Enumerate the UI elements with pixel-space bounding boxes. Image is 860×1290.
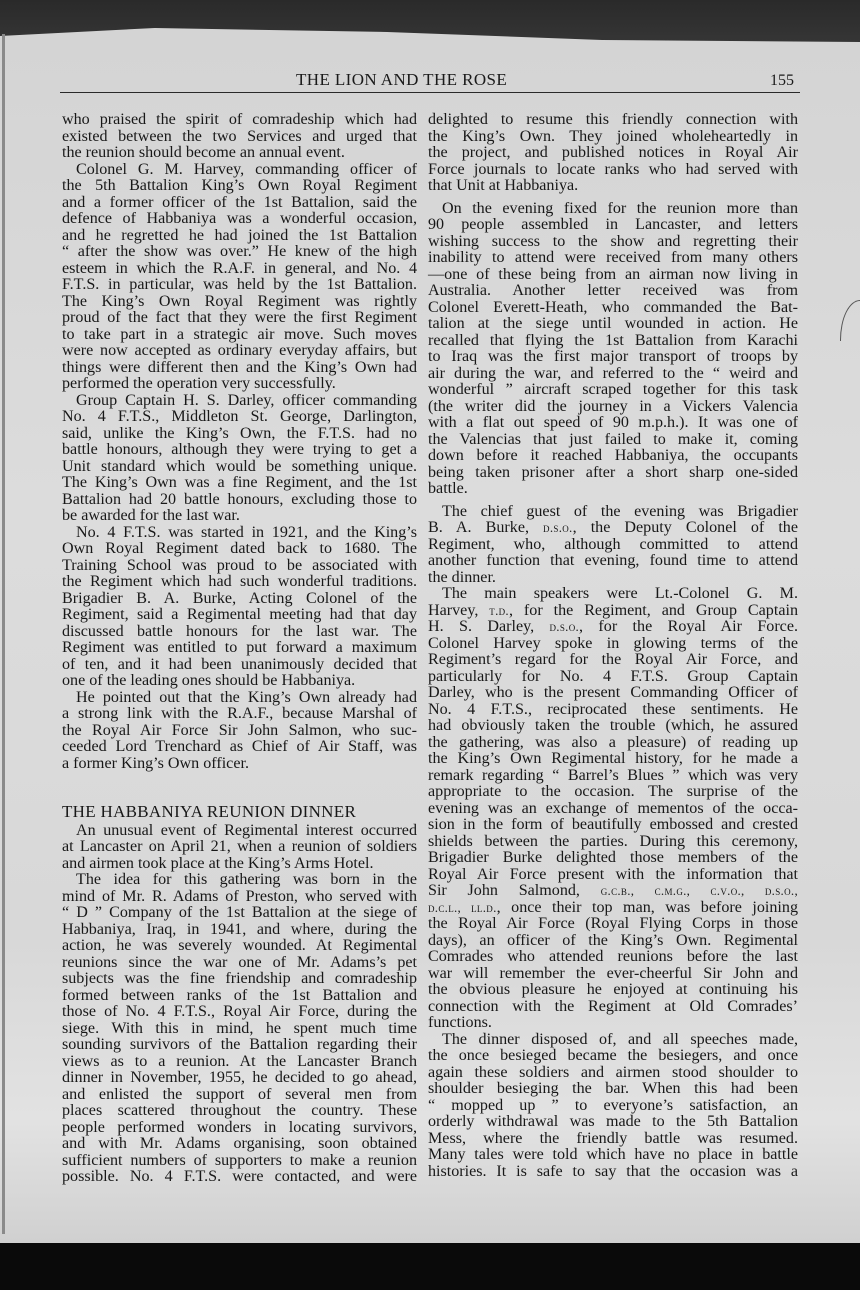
- paragraph: delighted to resume this friendly connec…: [428, 112, 798, 195]
- text-line: The King’s Own Royal Regiment was rightl…: [62, 294, 417, 311]
- text-line: the gathering, was also a pleasure) of r…: [428, 735, 798, 752]
- post-nominal-letters: d.s.o.: [543, 520, 573, 535]
- text-line: the reunion should become an annual even…: [62, 145, 417, 162]
- text-line: of ten, and it had been unanimously deci…: [62, 657, 417, 674]
- text-line: that Unit at Habbaniya.: [428, 178, 798, 195]
- text-line: “ mopped up ” to everyone’s satisfaction…: [428, 1098, 798, 1115]
- text-line: another function that evening, found tim…: [428, 553, 798, 570]
- text-line: Habbaniya, Iraq, in 1941, and where, dur…: [62, 922, 417, 939]
- text-line: the Royal Air Force Sir John Salmon, who…: [62, 723, 417, 740]
- text-line: Colonel Everett-Heath, who commanded the…: [428, 300, 798, 317]
- text-line: one of the leading ones should be Habban…: [62, 673, 417, 690]
- text-line: to take part in a strategic air move. Su…: [62, 327, 417, 344]
- text-line: Sir John Salmond, g.c.b., c.m.g., c.v.o.…: [428, 883, 798, 900]
- text-line: war will remember the ever-cheerful Sir …: [428, 966, 798, 983]
- text-line: action, he was severely wounded. At Regi…: [62, 938, 417, 955]
- text-line: functions.: [428, 1015, 798, 1032]
- text-line: reunions since the war one of Mr. Adams’…: [62, 955, 417, 972]
- text-line: and with Mr. Adams organising, soon obta…: [62, 1136, 417, 1153]
- paragraph: The main speakers were Lt.-Colonel G. M.…: [428, 586, 798, 1032]
- background-bottom: [0, 1243, 860, 1290]
- paragraph: Group Captain H. S. Darley, officer comm…: [62, 393, 417, 525]
- text-line: again these soldiers and airmen stood sh…: [428, 1065, 798, 1082]
- text-line: histories. It is safe to say that the oc…: [428, 1164, 798, 1181]
- text-line: and enlisted the support of several men …: [62, 1087, 417, 1104]
- text-line: appropriate to the occasion. The surpris…: [428, 784, 798, 801]
- text-line: to Iraq was the first major transport of…: [428, 349, 798, 366]
- text-line: wishing success to the show and regretti…: [428, 234, 798, 251]
- text-line: delighted to resume this friendly connec…: [428, 112, 798, 129]
- text-line: with a flat out speed of 90 m.p.h.). It …: [428, 415, 798, 432]
- text-line: dinner in November, 1955, he decided to …: [62, 1070, 417, 1087]
- text-line: and he regretted he had joined the 1st B…: [62, 228, 417, 245]
- paragraph: The dinner disposed of, and all speeches…: [428, 1032, 798, 1181]
- text-line: performed the operation very successfull…: [62, 376, 417, 393]
- text-line: esteem in which the R.A.F. in general, a…: [62, 261, 417, 278]
- text-line: Training School was proud to be associat…: [62, 558, 417, 575]
- text-line: be awarded for the last war.: [62, 508, 417, 525]
- text-line: “ D ” Company of the 1st Battalion at th…: [62, 905, 417, 922]
- text-line: the Valencias that just failed to make i…: [428, 432, 798, 449]
- text-line: sion in the form of beautifully embossed…: [428, 817, 798, 834]
- text-line: places scattered throughout the country.…: [62, 1103, 417, 1120]
- text-line: Regiment, who, although committed to att…: [428, 537, 798, 554]
- text-line: existed between the two Services and urg…: [62, 129, 417, 146]
- section-heading: THE HABBANIYA REUNION DINNER: [62, 804, 417, 821]
- left-paragraphs: who praised the spirit of comradeship wh…: [62, 112, 417, 772]
- text-line: The dinner disposed of, and all speeches…: [428, 1032, 798, 1049]
- text-line: the King’s Own Regimental history, for h…: [428, 751, 798, 768]
- text-line: the King’s Own. They joined wholehearted…: [428, 129, 798, 146]
- text-line: a strong link with the R.A.F., because M…: [62, 706, 417, 723]
- text-line: those of No. 4 F.T.S., Royal Air Force, …: [62, 1004, 417, 1021]
- text-line: recalled that flying the 1st Battalion f…: [428, 333, 798, 350]
- text-line: the Regiment which had such wonderful tr…: [62, 574, 417, 591]
- paragraph: The chief guest of the evening was Briga…: [428, 504, 798, 587]
- text-line: at Lancaster on April 21, when a reunion…: [62, 839, 417, 856]
- text-line: siege. With this in mind, he spent much …: [62, 1021, 417, 1038]
- text-line: Harvey, t.d., for the Regiment, and Grou…: [428, 603, 798, 620]
- text-line: Own Royal Regiment dated back to 1680. T…: [62, 541, 417, 558]
- text-line: Many tales were told which have no place…: [428, 1147, 798, 1164]
- text-line: No. 4 F.T.S. was started in 1921, and th…: [62, 525, 417, 542]
- text-line: Regiment, said a Regimental meeting had …: [62, 607, 417, 624]
- text-line: Colonel G. M. Harvey, commanding officer…: [62, 162, 417, 179]
- text-line: Regiment’s regard for the Royal Air Forc…: [428, 652, 798, 669]
- text-line: views as to a reunion. At the Lancaster …: [62, 1054, 417, 1071]
- text-line: the 5th Battalion King’s Own Royal Regim…: [62, 178, 417, 195]
- post-nominal-letters: d.s.o.: [549, 619, 579, 634]
- text-line: —one of these being from an airman now l…: [428, 267, 798, 284]
- text-line: On the evening fixed for the reunion mor…: [428, 201, 798, 218]
- text-line: connection with the Regiment at Old Comr…: [428, 999, 798, 1016]
- text-line: evening was an exchange of mementos of t…: [428, 801, 798, 818]
- text-line: said, unlike the King’s Own, the F.T.S. …: [62, 426, 417, 443]
- text-line: the once besieged became the besiegers, …: [428, 1048, 798, 1065]
- text-line: H. S. Darley, d.s.o., for the Royal Air …: [428, 619, 798, 636]
- text-line: things were different then and the King’…: [62, 360, 417, 377]
- text-line: subjects was the fine friendship and com…: [62, 971, 417, 988]
- running-title: THE LION AND THE ROSE: [296, 70, 507, 90]
- text-line: possible. No. 4 F.T.S. were contacted, a…: [62, 1169, 417, 1186]
- paragraph: On the evening fixed for the reunion mor…: [428, 201, 798, 498]
- text-line: Group Captain H. S. Darley, officer comm…: [62, 393, 417, 410]
- text-line: mind of Mr. R. Adams of Preston, who ser…: [62, 889, 417, 906]
- text-line: Mess, where the friendly battle was resu…: [428, 1131, 798, 1148]
- text-line: Force journals to locate ranks who had s…: [428, 162, 798, 179]
- post-nominal-letters: t.d.: [489, 603, 509, 618]
- text-line: Royal Air Force present with the informa…: [428, 867, 798, 884]
- text-line: had obviously taken the trouble (which, …: [428, 718, 798, 735]
- paragraph: No. 4 F.T.S. was started in 1921, and th…: [62, 525, 417, 690]
- text-line: Battalion had 20 battle honours, excludi…: [62, 492, 417, 509]
- text-line: B. A. Burke, d.s.o., the Deputy Colonel …: [428, 520, 798, 537]
- text-line: remark regarding “ Barrel’s Blues ” whic…: [428, 768, 798, 785]
- text-line: particularly for No. 4 F.T.S. Group Capt…: [428, 669, 798, 686]
- text-line: the obvious pleasure he enjoyed at conti…: [428, 982, 798, 999]
- text-line: shoulder besieging the bar. When this ha…: [428, 1081, 798, 1098]
- text-line: discussed battle honours for the last wa…: [62, 624, 417, 641]
- right-column: delighted to resume this friendly connec…: [428, 112, 798, 1180]
- running-header: THE LION AND THE ROSE 155: [60, 70, 800, 93]
- text-line: people performed wonders in locating sur…: [62, 1120, 417, 1137]
- text-line: wonderful ” aircraft scraped together fo…: [428, 382, 798, 399]
- text-line: the Royal Air Force (Royal Flying Corps …: [428, 916, 798, 933]
- text-line: Australia. Another letter received was f…: [428, 283, 798, 300]
- text-line: sufficient numbers of supporters to make…: [62, 1153, 417, 1170]
- post-nominal-letters: d.c.l., ll.d.: [428, 900, 497, 915]
- text-line: battle.: [428, 481, 798, 498]
- text-line: An unusual event of Regimental interest …: [62, 823, 417, 840]
- text-line: a former King’s Own officer.: [62, 756, 417, 773]
- paragraph: An unusual event of Regimental interest …: [62, 823, 417, 873]
- text-line: were now accepted as ordinary everyday a…: [62, 343, 417, 360]
- text-line: Regiment was entitled to put forward a m…: [62, 640, 417, 657]
- page-edge: [2, 34, 5, 1234]
- text-line: The chief guest of the evening was Briga…: [428, 504, 798, 521]
- text-line: “ after the show was over.” He knew of t…: [62, 244, 417, 261]
- paragraph: He pointed out that the King’s Own alrea…: [62, 690, 417, 773]
- text-line: who praised the spirit of comradeship wh…: [62, 112, 417, 129]
- section-paragraphs: An unusual event of Regimental interest …: [62, 823, 417, 1186]
- text-line: The King’s Own was a fine Regiment, and …: [62, 475, 417, 492]
- text-line: formed between ranks of the 1st Battalio…: [62, 988, 417, 1005]
- text-line: proud of the fact that they were the fir…: [62, 310, 417, 327]
- text-line: air during the war, and referred to the …: [428, 366, 798, 383]
- text-line: days), an officer of the King’s Own. Reg…: [428, 933, 798, 950]
- text-line: d.c.l., ll.d., once their top man, was b…: [428, 900, 798, 917]
- text-line: and airmen took place at the King’s Arms…: [62, 856, 417, 873]
- text-line: F.T.S. in particular, was held by the 1s…: [62, 277, 417, 294]
- text-line: ceeded Lord Trenchard as Chief of Air St…: [62, 739, 417, 756]
- text-line: orderly withdrawal was made to the 5th B…: [428, 1114, 798, 1131]
- text-line: Brigadier Burke delighted those members …: [428, 850, 798, 867]
- post-nominal-letters: g.c.b., c.m.g., c.v.o., d.s.o.,: [601, 883, 798, 898]
- text-line: The main speakers were Lt.-Colonel G. M.: [428, 586, 798, 603]
- text-line: Darley, who is the present Commanding Of…: [428, 685, 798, 702]
- right-paragraphs: delighted to resume this friendly connec…: [428, 112, 798, 1180]
- text-line: the project, and published notices in Ro…: [428, 145, 798, 162]
- paragraph: Colonel G. M. Harvey, commanding officer…: [62, 162, 417, 393]
- paragraph: The idea for this gathering was born in …: [62, 872, 417, 1186]
- paragraph: who praised the spirit of comradeship wh…: [62, 112, 417, 162]
- text-line: and a former officer of the 1st Battalio…: [62, 195, 417, 212]
- text-line: No. 4 F.T.S., reciprocated these sentime…: [428, 702, 798, 719]
- left-column: who praised the spirit of comradeship wh…: [62, 112, 417, 1186]
- text-line: shields between the parties. During this…: [428, 834, 798, 851]
- text-line: Comrades who attended reunions before th…: [428, 949, 798, 966]
- text-line: The idea for this gathering was born in …: [62, 872, 417, 889]
- text-line: 90 people assembled in Lancaster, and le…: [428, 217, 798, 234]
- text-line: Unit standard which would be something u…: [62, 459, 417, 476]
- text-line: down before it reached Habbaniya, the oc…: [428, 448, 798, 465]
- text-line: talion at the siege until wounded in act…: [428, 316, 798, 333]
- text-line: (the writer did the journey in a Vickers…: [428, 399, 798, 416]
- text-line: sounding survivors of the Battalion rega…: [62, 1037, 417, 1054]
- text-line: the dinner.: [428, 570, 798, 587]
- text-line: He pointed out that the King’s Own alrea…: [62, 690, 417, 707]
- text-line: Brigadier B. A. Burke, Acting Colonel of…: [62, 591, 417, 608]
- text-line: inability to attend were received from m…: [428, 250, 798, 267]
- text-line: being taken prisoner after a short sharp…: [428, 465, 798, 482]
- page-number: 155: [770, 72, 794, 90]
- text-line: Colonel Harvey spoke in glowing terms of…: [428, 636, 798, 653]
- text-line: No. 4 F.T.S., Middleton St. George, Darl…: [62, 409, 417, 426]
- text-line: battle honours, although they were tryin…: [62, 442, 417, 459]
- text-line: defence of Habbaniya was a wonderful occ…: [62, 211, 417, 228]
